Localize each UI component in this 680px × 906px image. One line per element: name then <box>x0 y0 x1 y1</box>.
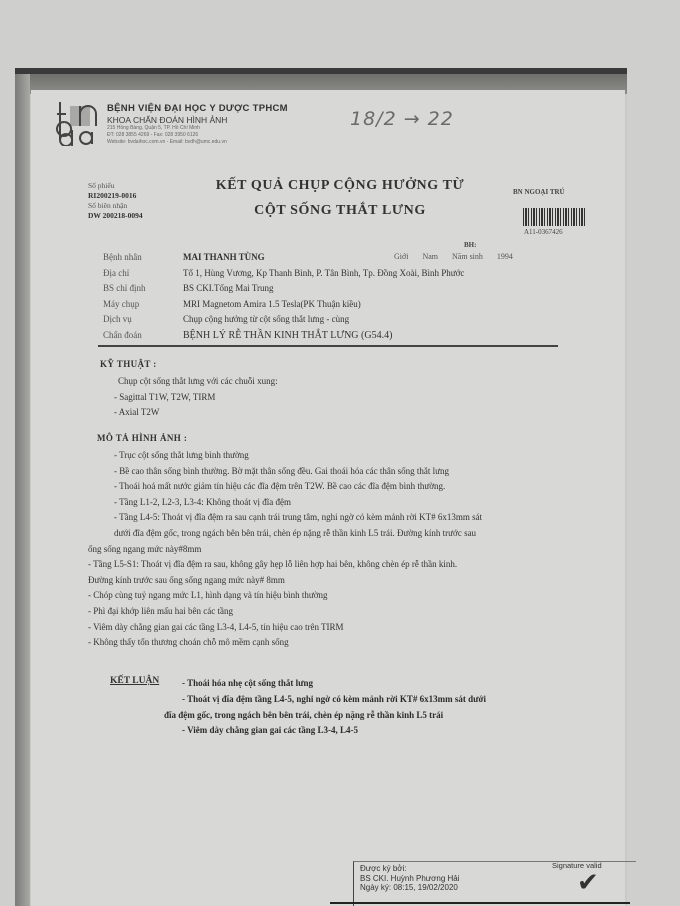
document-ids: Số phiếu RI200219-0016 Số biên nhận DW 2… <box>88 181 143 221</box>
info-row-service: Dịch vụChụp cộng hưởng từ cột sống thắt … <box>103 312 464 328</box>
report-title-line1: KẾT QUẢ CHỤP CỘNG HƯỞNG TỪ <box>205 173 475 198</box>
scan-left-edge <box>15 74 30 906</box>
signer-name: BS CKI. Huỳnh Phương Hải <box>360 874 460 884</box>
barcode-icon <box>523 208 586 226</box>
description-heading: MÔ TẢ HÌNH ẢNH : <box>97 433 187 443</box>
conclusion-line: đĩa đệm gốc, trong ngách bên bên trái, c… <box>164 708 622 724</box>
hospital-website: Website: bvdaihoc.com.vn - Email: bvdh@u… <box>107 139 288 146</box>
birth-year-value: 1994 <box>497 252 513 261</box>
handwritten-note: 18/2 → 22 <box>350 108 454 130</box>
conclusion-body: - Thoái hóa nhẹ cột sống thắt lưng- Thoá… <box>182 676 622 739</box>
hospital-address: 215 Hồng Bàng, Quận 5, TP. Hồ Chí Minh <box>107 125 288 132</box>
technique-body: Chụp cột sống thắt lưng với các chuỗi xu… <box>118 374 278 421</box>
signed-by-label: Được ký bởi: <box>360 864 460 874</box>
description-line: - Không thấy tổn thương choán chỗ mô mềm… <box>88 635 614 651</box>
hospital-logo-icon <box>56 100 104 146</box>
insurance-label: BH: <box>464 241 476 249</box>
patient-name: MAI THANH TÙNG <box>183 250 265 266</box>
department-name: KHOA CHẨN ĐOÁN HÌNH ẢNH <box>107 115 288 125</box>
section-divider <box>98 345 558 347</box>
conclusion-line: - Thoái hóa nhẹ cột sống thắt lưng <box>182 676 622 692</box>
description-line: Đường kính trước sau ống sống ngang mức … <box>88 573 614 589</box>
bottom-edge <box>330 902 630 904</box>
conclusion-heading: KẾT LUẬN <box>110 676 159 686</box>
patient-type: BN NGOẠI TRÚ <box>513 188 565 196</box>
conclusion-line: - Thoát vị đĩa đệm tầng L4-5, nghi ngờ c… <box>182 692 622 708</box>
info-row-machine: Máy chụpMRI Magnetom Amira 1.5 Tesla(PK … <box>103 297 464 313</box>
description-line: ống sống ngang mức này#8mm <box>88 542 614 558</box>
hospital-phone: ĐT: 028 3855 4269 - Fax: 028 3950 6126 <box>107 132 288 139</box>
barcode-number: A11-0367426 <box>524 228 563 236</box>
acceptance-label: Số biên nhận <box>88 201 143 211</box>
receipt-value: RI200219-0016 <box>88 191 143 201</box>
description-line: - Phì đại khớp liên mấu hai bên các tầng <box>88 604 614 620</box>
conclusion-line: - Viêm dày chằng gian gai các tầng L3-4,… <box>182 723 622 739</box>
birth-year-label: Năm sinh <box>452 252 483 261</box>
description-line: dưới đĩa đệm gốc, trong ngách bên bên tr… <box>114 526 614 542</box>
description-line: - Bề cao thân sống bình thường. Bờ mặt t… <box>114 464 614 480</box>
description-line: - Tầng L4-5: Thoát vị đĩa đệm ra sau cạn… <box>114 510 614 526</box>
technique-line: - Axial T2W <box>114 405 278 421</box>
report-title: KẾT QUẢ CHỤP CỘNG HƯỞNG TỪ CỘT SỐNG THẮT… <box>205 173 475 223</box>
description-line: - Trục cột sống thắt lưng bình thường <box>114 448 614 464</box>
signed-date: Ngày ký: 08:15, 19/02/2020 <box>360 883 460 893</box>
description-line: - Tầng L1-2, L2-3, L3-4: Không thoát vị … <box>114 495 614 511</box>
receipt-label: Số phiếu <box>88 181 143 191</box>
gender-value: Nam <box>422 252 438 261</box>
patient-info: Bệnh nhânMAI THANH TÙNG Địa chỉTổ 1, Hùn… <box>103 250 464 343</box>
description-line: - Thoái hoá mất nước giảm tín hiệu các đ… <box>114 479 614 495</box>
info-row-diagnosis: Chẩn đoánBỆNH LÝ RỄ THẦN KINH THẮT LƯNG … <box>103 328 464 344</box>
description-line: - Viêm dày chằng gian gai các tầng L3-4,… <box>88 620 614 636</box>
gender-label: Giới <box>394 252 408 261</box>
hospital-name: BỆNH VIỆN ĐẠI HỌC Y DƯỢC TPHCM <box>107 103 288 114</box>
hospital-header: BỆNH VIỆN ĐẠI HỌC Y DƯỢC TPHCM KHOA CHẨN… <box>107 103 288 146</box>
info-row-doctor: BS chỉ địnhBS CKI.Tống Mai Trung <box>103 281 464 297</box>
report-title-line2: CỘT SỐNG THẮT LƯNG <box>205 198 475 223</box>
technique-line: Chụp cột sống thắt lưng với các chuỗi xu… <box>118 374 278 390</box>
description-body: - Trục cột sống thắt lưng bình thường- B… <box>114 448 614 651</box>
technique-heading: KỸ THUẬT : <box>100 359 157 369</box>
technique-line: - Sagittal T1W, T2W, TIRM <box>114 390 278 406</box>
checkmark-icon: ✔ <box>577 868 599 898</box>
description-line: - Chóp cùng tuỷ ngang mức L1, hình dạng … <box>88 588 614 604</box>
gender-birthyear: GiớiNamNăm sinh1994 <box>394 252 527 261</box>
description-line: - Tầng L5-S1: Thoát vị đĩa đệm ra sau, k… <box>88 557 614 573</box>
acceptance-value: DW 200218-0094 <box>88 211 143 221</box>
signature-info: Được ký bởi: BS CKI. Huỳnh Phương Hải Ng… <box>360 864 460 893</box>
info-row-address: Địa chỉTổ 1, Hùng Vương, Kp Thanh Bình, … <box>103 266 464 282</box>
